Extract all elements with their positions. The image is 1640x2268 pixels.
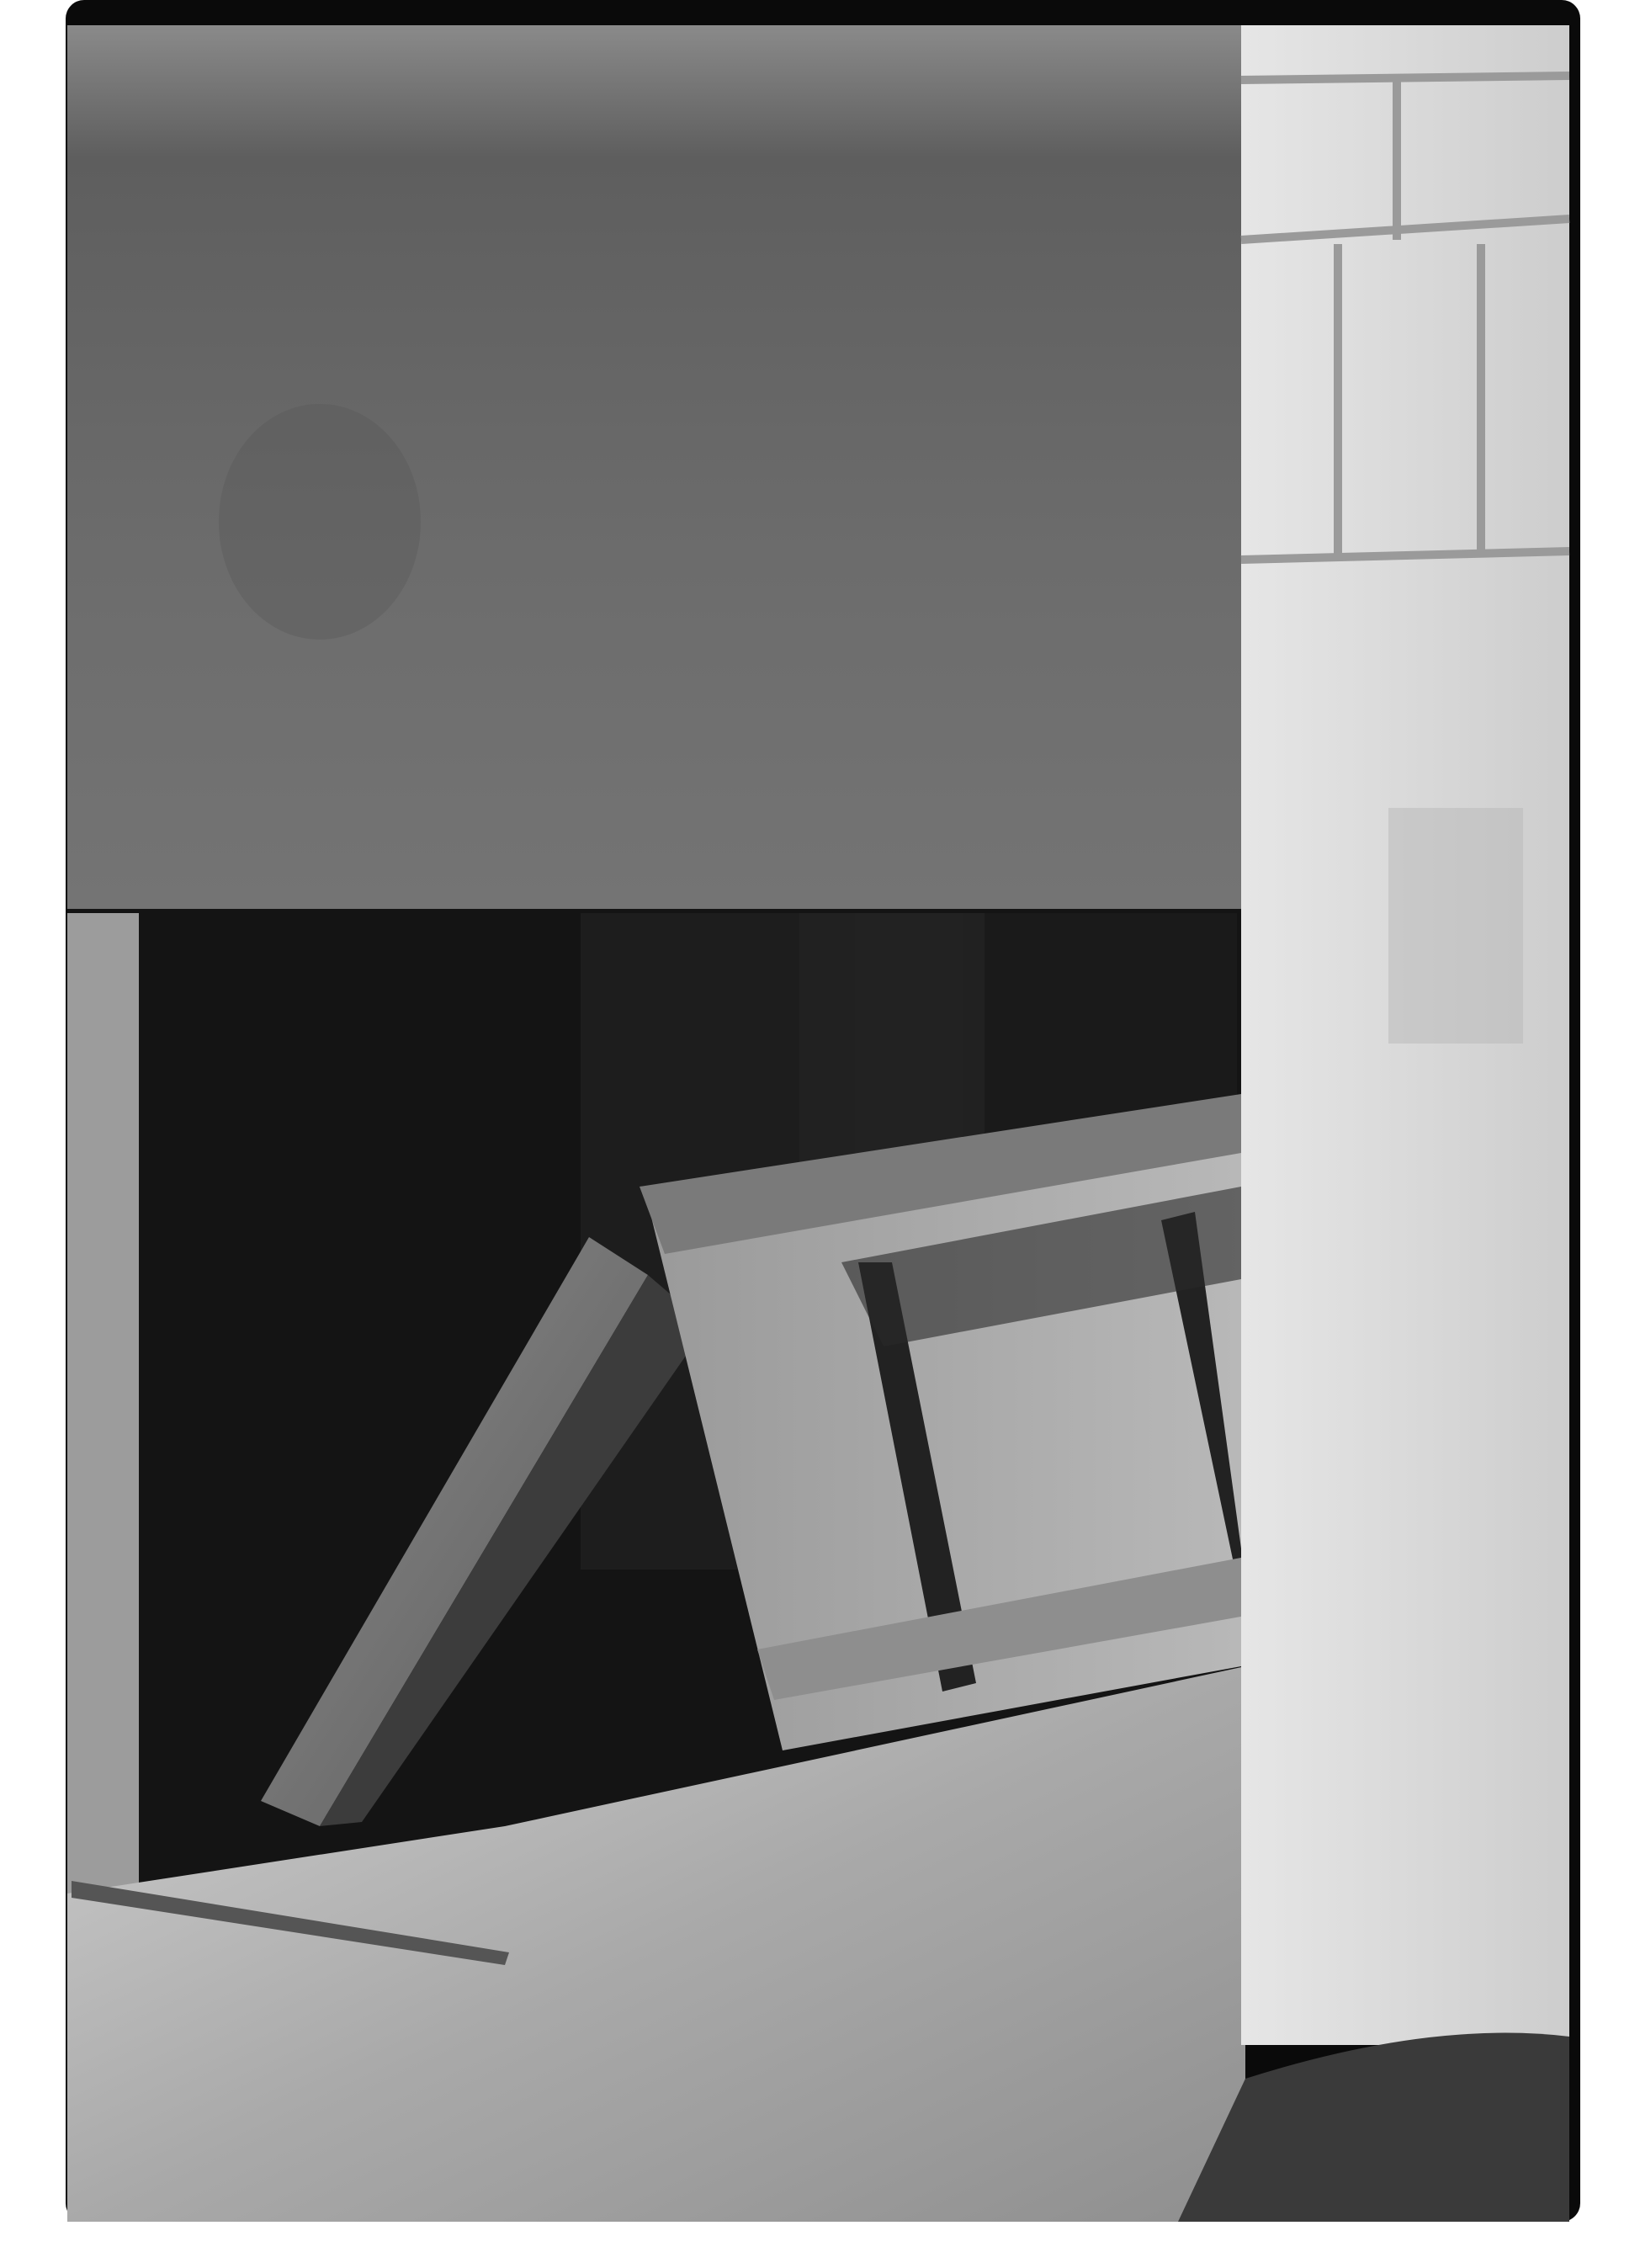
film-photograph bbox=[0, 0, 1640, 2268]
door-jamb bbox=[67, 913, 139, 1898]
